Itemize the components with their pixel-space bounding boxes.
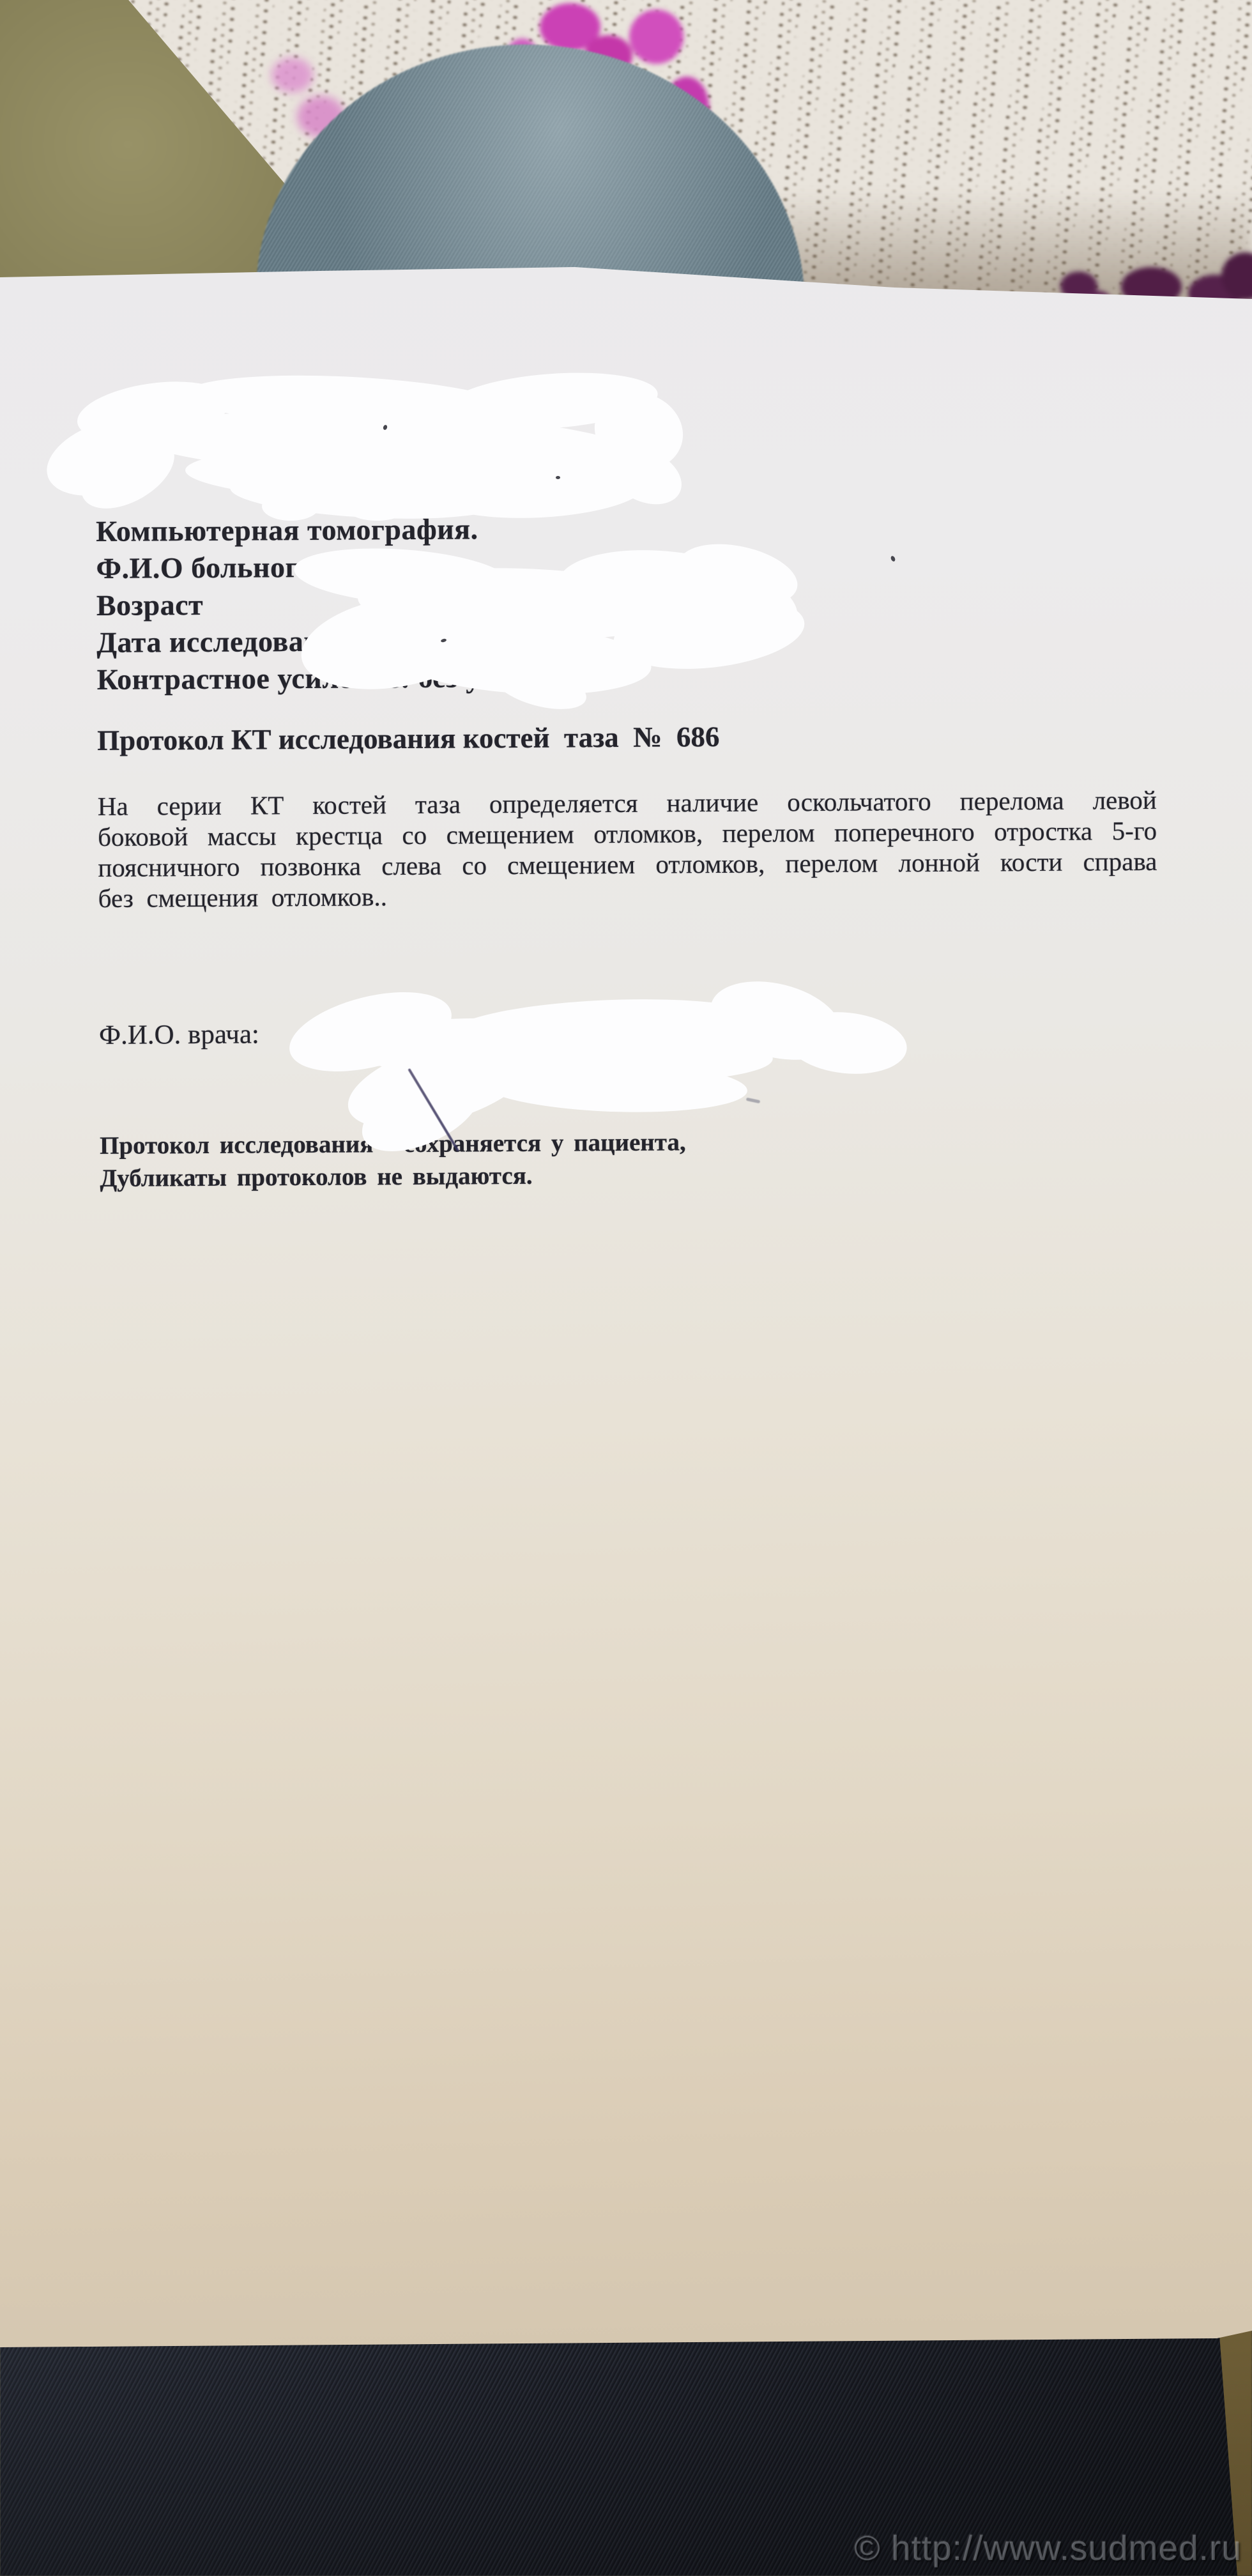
findings-paragraph: На серии КТ костей таза определяется нал… [98, 785, 1157, 914]
photo-scene: Компьютерная томография. Ф.И.О больного … [0, 0, 1252, 2576]
whiteout-patient-name [281, 540, 811, 712]
age-label: Возраст [96, 588, 204, 622]
watermark-text: © http://www.sudmed.ru [854, 2527, 1242, 2568]
footer-line-2: Дубликаты протоколов не выдаются. [100, 1161, 532, 1193]
whiteout-letterhead [38, 367, 690, 521]
whiteout-doctor-name [268, 977, 913, 1137]
doctor-label: Ф.И.О. врача: [99, 1018, 259, 1051]
protocol-title: Протокол КТ исследования костей таза № 6… [97, 720, 720, 757]
findings-line-4: без смещения отломков.. [98, 877, 1157, 914]
findings-line-3: поясничного позвонка слева со смещением … [98, 846, 1157, 883]
